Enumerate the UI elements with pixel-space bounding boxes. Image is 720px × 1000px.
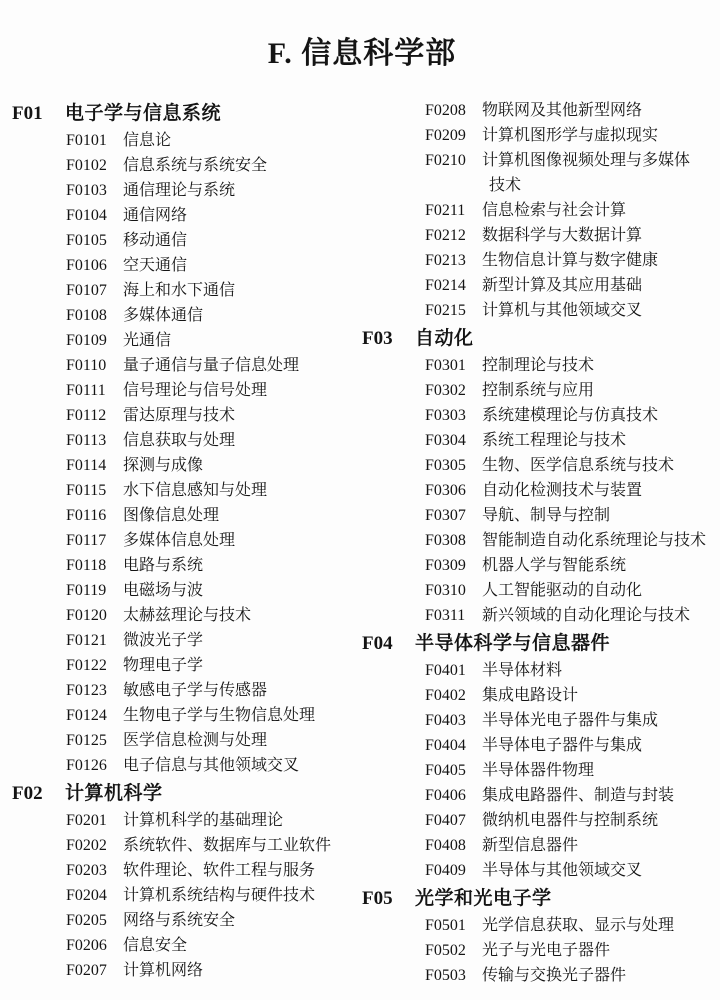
code-item-row: F0116 图像信息处理 [66,503,362,528]
code-item-row: F0404 半导体电子器件与集成 [425,733,712,758]
code-item-row: F0118 电路与系统 [66,553,362,578]
item-label: 太赫兹理论与技术 [123,603,362,628]
code-item-row: F0211 信息检索与社会计算 [425,198,712,223]
item-code: F0403 [425,708,482,733]
item-label: 机器人学与智能系统 [482,553,712,578]
item-label: 信息论 [123,128,362,153]
code-item-row: F0201 计算机科学的基础理论 [66,808,362,833]
code-item-row: F0502 光子与光电子器件 [425,938,712,963]
item-code: F0210 [425,148,482,173]
code-item-row: F0113 信息获取与处理 [66,428,362,453]
item-code: F0405 [425,758,482,783]
item-label: 信息获取与处理 [123,428,362,453]
section-code: F03 [362,325,415,352]
code-item-row: F0123 敏感电子学与传感器 [66,678,362,703]
item-code: F0105 [66,228,123,253]
item-label: 空天通信 [123,253,362,278]
item-label: 集成电路设计 [482,683,712,708]
item-code: F0120 [66,603,123,628]
item-label: 智能制造自动化系统理论与技术 [482,528,712,553]
item-code: F0309 [425,553,482,578]
section-heading: F03 自动化 [362,325,712,352]
item-label: 计算机科学的基础理论 [123,808,362,833]
item-label: 水下信息感知与处理 [123,478,362,503]
item-label: 人工智能驱动的自动化 [482,578,712,603]
code-item-row: F0309 机器人学与智能系统 [425,553,712,578]
item-code: F0306 [425,478,482,503]
item-code: F0209 [425,123,482,148]
code-item-row: F0402 集成电路设计 [425,683,712,708]
item-label: 生物信息计算与数字健康 [482,248,712,273]
item-label: 计算机系统结构与硬件技术 [123,883,362,908]
item-code: F0110 [66,353,123,378]
code-item-row: F0126 电子信息与其他领域交叉 [66,753,362,778]
item-label: 电子信息与其他领域交叉 [123,753,362,778]
item-code: F0113 [66,428,123,453]
item-code: F0123 [66,678,123,703]
item-code: F0204 [66,883,123,908]
item-label: 光学信息获取、显示与处理 [482,913,712,938]
section-title: 光学和光电子学 [415,885,552,912]
item-code: F0124 [66,703,123,728]
item-code: F0121 [66,628,123,653]
item-code: F0308 [425,528,482,553]
item-code: F0304 [425,428,482,453]
code-item-row: F0215 计算机与其他领域交叉 [425,298,712,323]
item-label: 光通信 [123,328,362,353]
item-label: 多媒体信息处理 [123,528,362,553]
code-item-row: F0108 多媒体通信 [66,303,362,328]
section-code: F01 [12,100,65,127]
code-item-row: F0210 计算机图像视频处理与多媒体 [425,148,712,173]
item-code: F0311 [425,603,482,628]
item-code: F0202 [66,833,123,858]
code-item-row: F0120 太赫兹理论与技术 [66,603,362,628]
item-code: F0101 [66,128,123,153]
item-label: 移动通信 [123,228,362,253]
item-code: F0408 [425,833,482,858]
section-heading: F01 电子学与信息系统 [12,100,362,127]
item-label: 控制系统与应用 [482,378,712,403]
code-item-row: F0103 通信理论与系统 [66,178,362,203]
item-code: F0108 [66,303,123,328]
item-label: 生物电子学与生物信息处理 [123,703,362,728]
code-item-row: F0306 自动化检测技术与装置 [425,478,712,503]
item-code: F0310 [425,578,482,603]
item-code: F0125 [66,728,123,753]
item-label: 半导体材料 [482,658,712,683]
item-code: F0206 [66,933,123,958]
item-label: 信息安全 [123,933,362,958]
item-code: F0126 [66,753,123,778]
item-label-continuation-row: 技术 [489,173,712,198]
code-item-row: F0107 海上和水下通信 [66,278,362,303]
code-item-row: F0503 传输与交换光子器件 [425,963,712,988]
item-label: 系统建模理论与仿真技术 [482,403,712,428]
item-label: 计算机与其他领域交叉 [482,298,712,323]
item-code: F0214 [425,273,482,298]
code-item-row: F0124 生物电子学与生物信息处理 [66,703,362,728]
item-code: F0307 [425,503,482,528]
code-item-row: F0101 信息论 [66,128,362,153]
item-label: 敏感电子学与传感器 [123,678,362,703]
item-label: 雷达原理与技术 [123,403,362,428]
item-label: 系统工程理论与技术 [482,428,712,453]
code-item-row: F0302 控制系统与应用 [425,378,712,403]
code-item-row: F0112 雷达原理与技术 [66,403,362,428]
item-label: 半导体电子器件与集成 [482,733,712,758]
code-item-row: F0207 计算机网络 [66,958,362,983]
document-page: F. 信息科学部 F01 电子学与信息系统 F0101 信息论 F0102 信息… [0,0,720,988]
code-item-row: F0208 物联网及其他新型网络 [425,98,712,123]
section-heading: F02 计算机科学 [12,780,362,807]
section-title: 计算机科学 [65,780,163,807]
code-item-row: F0307 导航、制导与控制 [425,503,712,528]
two-column-layout: F01 电子学与信息系统 F0101 信息论 F0102 信息系统与系统安全 F… [12,98,712,988]
item-code: F0104 [66,203,123,228]
item-label: 网络与系统安全 [123,908,362,933]
code-item-row: F0407 微纳机电器件与控制系统 [425,808,712,833]
code-item-row: F0301 控制理论与技术 [425,353,712,378]
code-item-row: F0405 半导体器件物理 [425,758,712,783]
item-label: 物理电子学 [123,653,362,678]
column-left: F01 电子学与信息系统 F0101 信息论 F0102 信息系统与系统安全 F… [12,98,362,983]
item-label: 微纳机电器件与控制系统 [482,808,712,833]
code-item-row: F0111 信号理论与信号处理 [66,378,362,403]
item-label: 半导体与其他领域交叉 [482,858,712,883]
item-code: F0106 [66,253,123,278]
item-code: F0502 [425,938,482,963]
item-label: 电路与系统 [123,553,362,578]
page-title: F. 信息科学部 [12,28,712,72]
item-code: F0211 [425,198,482,223]
item-label: 信息检索与社会计算 [482,198,712,223]
item-code: F0111 [66,378,123,403]
code-item-row: F0202 系统软件、数据库与工业软件 [66,833,362,858]
item-label: 医学信息检测与处理 [123,728,362,753]
code-item-row: F0310 人工智能驱动的自动化 [425,578,712,603]
item-code: F0401 [425,658,482,683]
item-code: F0207 [66,958,123,983]
section-heading: F05 光学和光电子学 [362,885,712,912]
code-item-row: F0304 系统工程理论与技术 [425,428,712,453]
item-code: F0122 [66,653,123,678]
item-code: F0117 [66,528,123,553]
item-label: 光子与光电子器件 [482,938,712,963]
code-item-row: F0106 空天通信 [66,253,362,278]
item-label: 数据科学与大数据计算 [482,223,712,248]
code-item-row: F0204 计算机系统结构与硬件技术 [66,883,362,908]
item-label: 半导体光电子器件与集成 [482,708,712,733]
item-code: F0208 [425,98,482,123]
code-item-row: F0117 多媒体信息处理 [66,528,362,553]
item-label: 计算机网络 [123,958,362,983]
item-label: 传输与交换光子器件 [482,963,712,988]
item-code: F0503 [425,963,482,988]
code-item-row: F0125 医学信息检测与处理 [66,728,362,753]
item-code: F0407 [425,808,482,833]
item-label: 电磁场与波 [123,578,362,603]
code-item-row: F0115 水下信息感知与处理 [66,478,362,503]
item-label: 物联网及其他新型网络 [482,98,712,123]
item-code: F0119 [66,578,123,603]
item-code: F0115 [66,478,123,503]
item-code: F0205 [66,908,123,933]
code-item-row: F0121 微波光子学 [66,628,362,653]
item-label: 软件理论、软件工程与服务 [123,858,362,883]
code-item-row: F0203 软件理论、软件工程与服务 [66,858,362,883]
item-code: F0114 [66,453,123,478]
item-label: 探测与成像 [123,453,362,478]
item-code: F0107 [66,278,123,303]
code-item-row: F0110 量子通信与量子信息处理 [66,353,362,378]
code-item-row: F0209 计算机图形学与虚拟现实 [425,123,712,148]
section-code: F02 [12,780,65,807]
item-label: 计算机图像视频处理与多媒体 [482,148,712,173]
item-label: 新兴领域的自动化理论与技术 [482,603,712,628]
item-code: F0301 [425,353,482,378]
item-code: F0501 [425,913,482,938]
item-code: F0305 [425,453,482,478]
code-item-row: F0305 生物、医学信息系统与技术 [425,453,712,478]
item-label: 计算机图形学与虚拟现实 [482,123,712,148]
item-label: 半导体器件物理 [482,758,712,783]
item-code: F0402 [425,683,482,708]
item-label: 量子通信与量子信息处理 [123,353,362,378]
code-item-row: F0311 新兴领域的自动化理论与技术 [425,603,712,628]
code-item-row: F0102 信息系统与系统安全 [66,153,362,178]
section-code: F04 [362,630,415,657]
code-item-row: F0303 系统建模理论与仿真技术 [425,403,712,428]
code-item-row: F0105 移动通信 [66,228,362,253]
code-item-row: F0212 数据科学与大数据计算 [425,223,712,248]
code-item-row: F0213 生物信息计算与数字健康 [425,248,712,273]
item-label: 导航、制导与控制 [482,503,712,528]
code-item-row: F0205 网络与系统安全 [66,908,362,933]
code-item-row: F0501 光学信息获取、显示与处理 [425,913,712,938]
item-label: 系统软件、数据库与工业软件 [123,833,362,858]
code-item-row: F0409 半导体与其他领域交叉 [425,858,712,883]
code-item-row: F0401 半导体材料 [425,658,712,683]
item-label: 信号理论与信号处理 [123,378,362,403]
code-item-row: F0308 智能制造自动化系统理论与技术 [425,528,712,553]
code-item-row: F0109 光通信 [66,328,362,353]
code-item-row: F0206 信息安全 [66,933,362,958]
code-item-row: F0119 电磁场与波 [66,578,362,603]
section-heading: F04 半导体科学与信息器件 [362,630,712,657]
item-code: F0112 [66,403,123,428]
item-label: 多媒体通信 [123,303,362,328]
code-item-row: F0104 通信网络 [66,203,362,228]
item-label-continuation: 技术 [489,177,521,194]
item-code: F0102 [66,153,123,178]
item-code: F0212 [425,223,482,248]
item-code: F0404 [425,733,482,758]
item-label: 信息系统与系统安全 [123,153,362,178]
item-label: 生物、医学信息系统与技术 [482,453,712,478]
item-label: 图像信息处理 [123,503,362,528]
item-code: F0215 [425,298,482,323]
item-code: F0203 [66,858,123,883]
code-item-row: F0403 半导体光电子器件与集成 [425,708,712,733]
item-label: 控制理论与技术 [482,353,712,378]
code-item-row: F0408 新型信息器件 [425,833,712,858]
item-code: F0406 [425,783,482,808]
item-code: F0118 [66,553,123,578]
code-item-row: F0406 集成电路器件、制造与封装 [425,783,712,808]
code-item-row: F0122 物理电子学 [66,653,362,678]
item-code: F0103 [66,178,123,203]
item-code: F0302 [425,378,482,403]
item-label: 新型计算及其应用基础 [482,273,712,298]
section-title: 半导体科学与信息器件 [415,630,610,657]
item-label: 新型信息器件 [482,833,712,858]
item-code: F0201 [66,808,123,833]
item-label: 自动化检测技术与装置 [482,478,712,503]
item-label: 微波光子学 [123,628,362,653]
item-label: 通信理论与系统 [123,178,362,203]
code-item-row: F0114 探测与成像 [66,453,362,478]
item-code: F0303 [425,403,482,428]
item-code: F0409 [425,858,482,883]
item-code: F0109 [66,328,123,353]
item-code: F0116 [66,503,123,528]
item-label: 通信网络 [123,203,362,228]
column-right: F0208 物联网及其他新型网络 F0209 计算机图形学与虚拟现实 F0210… [362,98,712,988]
item-label: 海上和水下通信 [123,278,362,303]
item-label: 集成电路器件、制造与封装 [482,783,712,808]
section-code: F05 [362,885,415,912]
section-title: 自动化 [415,325,474,352]
code-item-row: F0214 新型计算及其应用基础 [425,273,712,298]
item-code: F0213 [425,248,482,273]
section-title: 电子学与信息系统 [65,100,221,127]
